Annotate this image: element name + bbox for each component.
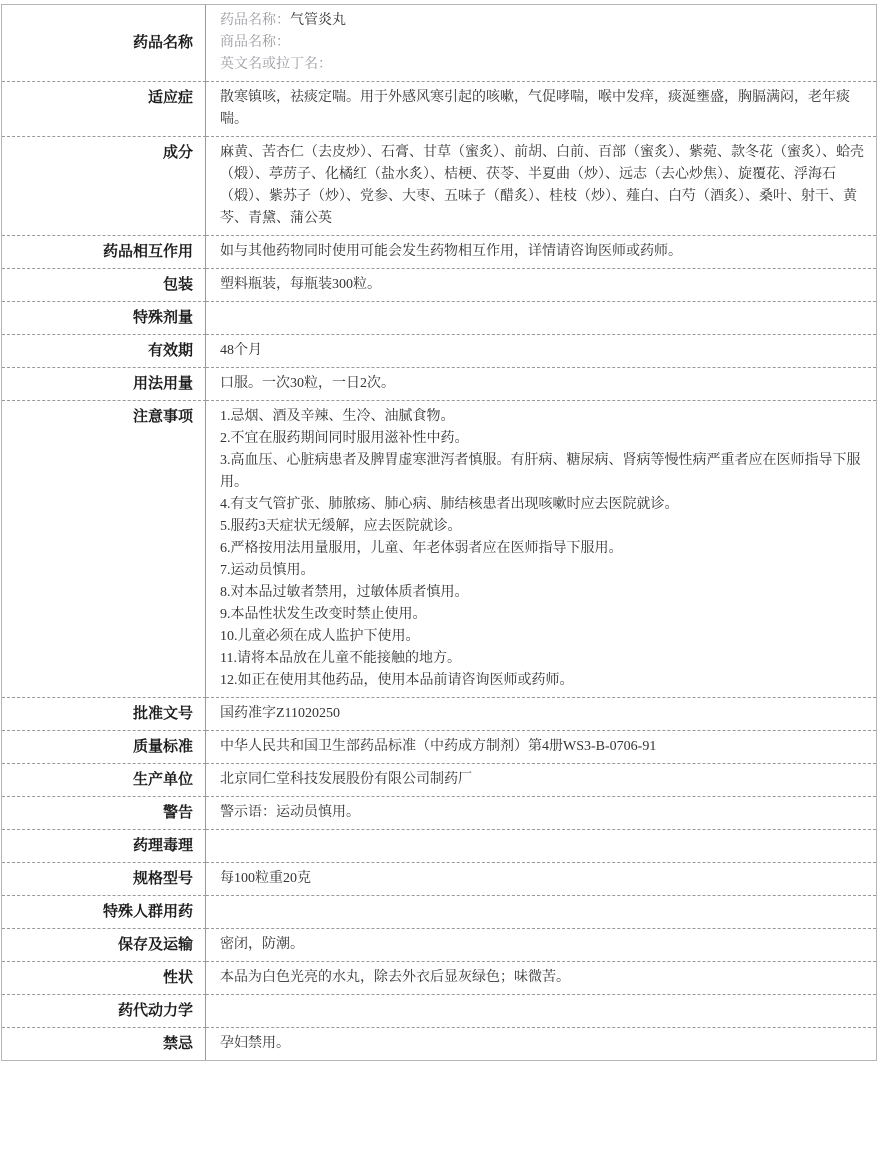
row-drug-interactions: 药品相互作用 如与其他药物同时使用可能会发生药物相互作用，详情请咨询医师或药师。 — [2, 235, 876, 268]
row-content: 密闭，防潮。 — [206, 928, 876, 961]
row-content: 散寒镇咳，祛痰定喘。用于外感风寒引起的咳嗽，气促哮喘，喉中发痒，痰涎壅盛，胸膈满… — [206, 81, 876, 136]
row-specification: 规格型号 每100粒重20克 — [2, 862, 876, 895]
row-label: 药品相互作用 — [2, 235, 206, 268]
precaution-item: 9.本品性状发生改变时禁止使用。 — [220, 604, 864, 626]
row-label: 生产单位 — [2, 763, 206, 796]
row-ingredients: 成分 麻黄、苦杏仁（去皮炒）、石膏、甘草（蜜炙）、前胡、白前、百部（蜜炙）、紫菀… — [2, 136, 876, 235]
field-key: 药品名称： — [220, 13, 290, 28]
precaution-item: 2.不宜在服药期间同时服用滋补性中药。 — [220, 428, 864, 450]
precaution-item: 4.有支气管扩张、肺脓疡、肺心病、肺结核患者出现咳嗽时应去医院就诊。 — [220, 494, 864, 516]
row-pharmacology-toxicology: 药理毒理 — [2, 829, 876, 862]
row-content: 本品为白色光亮的水丸，除去外衣后显灰绿色；味微苦。 — [206, 961, 876, 994]
row-content — [206, 994, 876, 1027]
row-storage-transport: 保存及运输 密闭，防潮。 — [2, 928, 876, 961]
row-content — [206, 829, 876, 862]
latin-name-field: 英文名或拉丁名： — [220, 54, 864, 76]
row-label: 警告 — [2, 796, 206, 829]
row-indications: 适应症 散寒镇咳，祛痰定喘。用于外感风寒引起的咳嗽，气促哮喘，喉中发痒，痰涎壅盛… — [2, 81, 876, 136]
row-label: 药代动力学 — [2, 994, 206, 1027]
row-label: 有效期 — [2, 334, 206, 367]
drug-info-table: 药品名称 药品名称：气管炎丸 商品名称： 英文名或拉丁名： 适应症 散寒镇咳，祛… — [1, 4, 877, 1061]
row-content: 塑料瓶装，每瓶装300粒。 — [206, 268, 876, 301]
row-label: 特殊剂量 — [2, 301, 206, 334]
row-contraindications: 禁忌 孕妇禁用。 — [2, 1027, 876, 1060]
row-content: 北京同仁堂科技发展股份有限公司制药厂 — [206, 763, 876, 796]
trade-name-field: 商品名称： — [220, 32, 864, 54]
row-content: 1.忌烟、酒及辛辣、生冷、油腻食物。 2.不宜在服药期间同时服用滋补性中药。 3… — [206, 400, 876, 697]
row-packaging: 包装 塑料瓶装，每瓶装300粒。 — [2, 268, 876, 301]
row-approval-number: 批准文号 国药准字Z11020250 — [2, 697, 876, 730]
row-content: 48个月 — [206, 334, 876, 367]
precaution-item: 5.服药3天症状无缓解，应去医院就诊。 — [220, 516, 864, 538]
row-content: 每100粒重20克 — [206, 862, 876, 895]
field-value: 气管炎丸 — [290, 13, 346, 28]
field-key: 英文名或拉丁名： — [220, 57, 332, 72]
row-label: 批准文号 — [2, 697, 206, 730]
row-content: 孕妇禁用。 — [206, 1027, 876, 1060]
field-key: 商品名称： — [220, 35, 290, 50]
drug-name-field: 药品名称：气管炎丸 — [220, 10, 864, 32]
row-pharmacokinetics: 药代动力学 — [2, 994, 876, 1027]
row-label: 注意事项 — [2, 400, 206, 697]
row-warning: 警告 警示语：运动员慎用。 — [2, 796, 876, 829]
row-label: 包装 — [2, 268, 206, 301]
row-quality-standard: 质量标准 中华人民共和国卫生部药品标准（中药成方制剂）第4册WS3-B-0706… — [2, 730, 876, 763]
row-label: 保存及运输 — [2, 928, 206, 961]
row-label: 成分 — [2, 136, 206, 235]
drug-info-page: 药品名称 药品名称：气管炎丸 商品名称： 英文名或拉丁名： 适应症 散寒镇咳，祛… — [0, 0, 880, 1150]
row-content: 警示语：运动员慎用。 — [206, 796, 876, 829]
row-content: 药品名称：气管炎丸 商品名称： 英文名或拉丁名： — [206, 5, 876, 81]
precaution-item: 1.忌烟、酒及辛辣、生冷、油腻食物。 — [220, 406, 864, 428]
row-label: 质量标准 — [2, 730, 206, 763]
precaution-item: 6.严格按用法用量服用，儿童、年老体弱者应在医师指导下服用。 — [220, 538, 864, 560]
row-label: 规格型号 — [2, 862, 206, 895]
precaution-item: 7.运动员慎用。 — [220, 560, 864, 582]
row-special-dosage: 特殊剂量 — [2, 301, 876, 334]
row-shelf-life: 有效期 48个月 — [2, 334, 876, 367]
row-label: 适应症 — [2, 81, 206, 136]
row-label: 特殊人群用药 — [2, 895, 206, 928]
row-label: 用法用量 — [2, 367, 206, 400]
precaution-item: 10.儿童必须在成人监护下使用。 — [220, 626, 864, 648]
row-content: 如与其他药物同时使用可能会发生药物相互作用，详情请咨询医师或药师。 — [206, 235, 876, 268]
row-content: 麻黄、苦杏仁（去皮炒）、石膏、甘草（蜜炙）、前胡、白前、百部（蜜炙）、紫菀、款冬… — [206, 136, 876, 235]
precaution-item: 3.高血压、心脏病患者及脾胃虚寒泄泻者慎服。有肝病、糖尿病、肾病等慢性病严重者应… — [220, 450, 864, 494]
precaution-item: 8.对本品过敏者禁用，过敏体质者慎用。 — [220, 582, 864, 604]
row-manufacturer: 生产单位 北京同仁堂科技发展股份有限公司制药厂 — [2, 763, 876, 796]
row-content — [206, 301, 876, 334]
row-content — [206, 895, 876, 928]
precaution-item: 11.请将本品放在儿童不能接触的地方。 — [220, 648, 864, 670]
precaution-item: 12.如正在使用其他药品，使用本品前请咨询医师或药师。 — [220, 670, 864, 692]
row-content: 口服。一次30粒，一日2次。 — [206, 367, 876, 400]
row-content: 国药准字Z11020250 — [206, 697, 876, 730]
row-description: 性状 本品为白色光亮的水丸，除去外衣后显灰绿色；味微苦。 — [2, 961, 876, 994]
row-label: 性状 — [2, 961, 206, 994]
row-label: 药理毒理 — [2, 829, 206, 862]
row-content: 中华人民共和国卫生部药品标准（中药成方制剂）第4册WS3-B-0706-91 — [206, 730, 876, 763]
row-label: 药品名称 — [2, 5, 206, 81]
row-drug-name: 药品名称 药品名称：气管炎丸 商品名称： 英文名或拉丁名： — [2, 5, 876, 81]
row-precautions: 注意事项 1.忌烟、酒及辛辣、生冷、油腻食物。 2.不宜在服药期间同时服用滋补性… — [2, 400, 876, 697]
row-dosage-usage: 用法用量 口服。一次30粒，一日2次。 — [2, 367, 876, 400]
row-special-populations: 特殊人群用药 — [2, 895, 876, 928]
row-label: 禁忌 — [2, 1027, 206, 1060]
